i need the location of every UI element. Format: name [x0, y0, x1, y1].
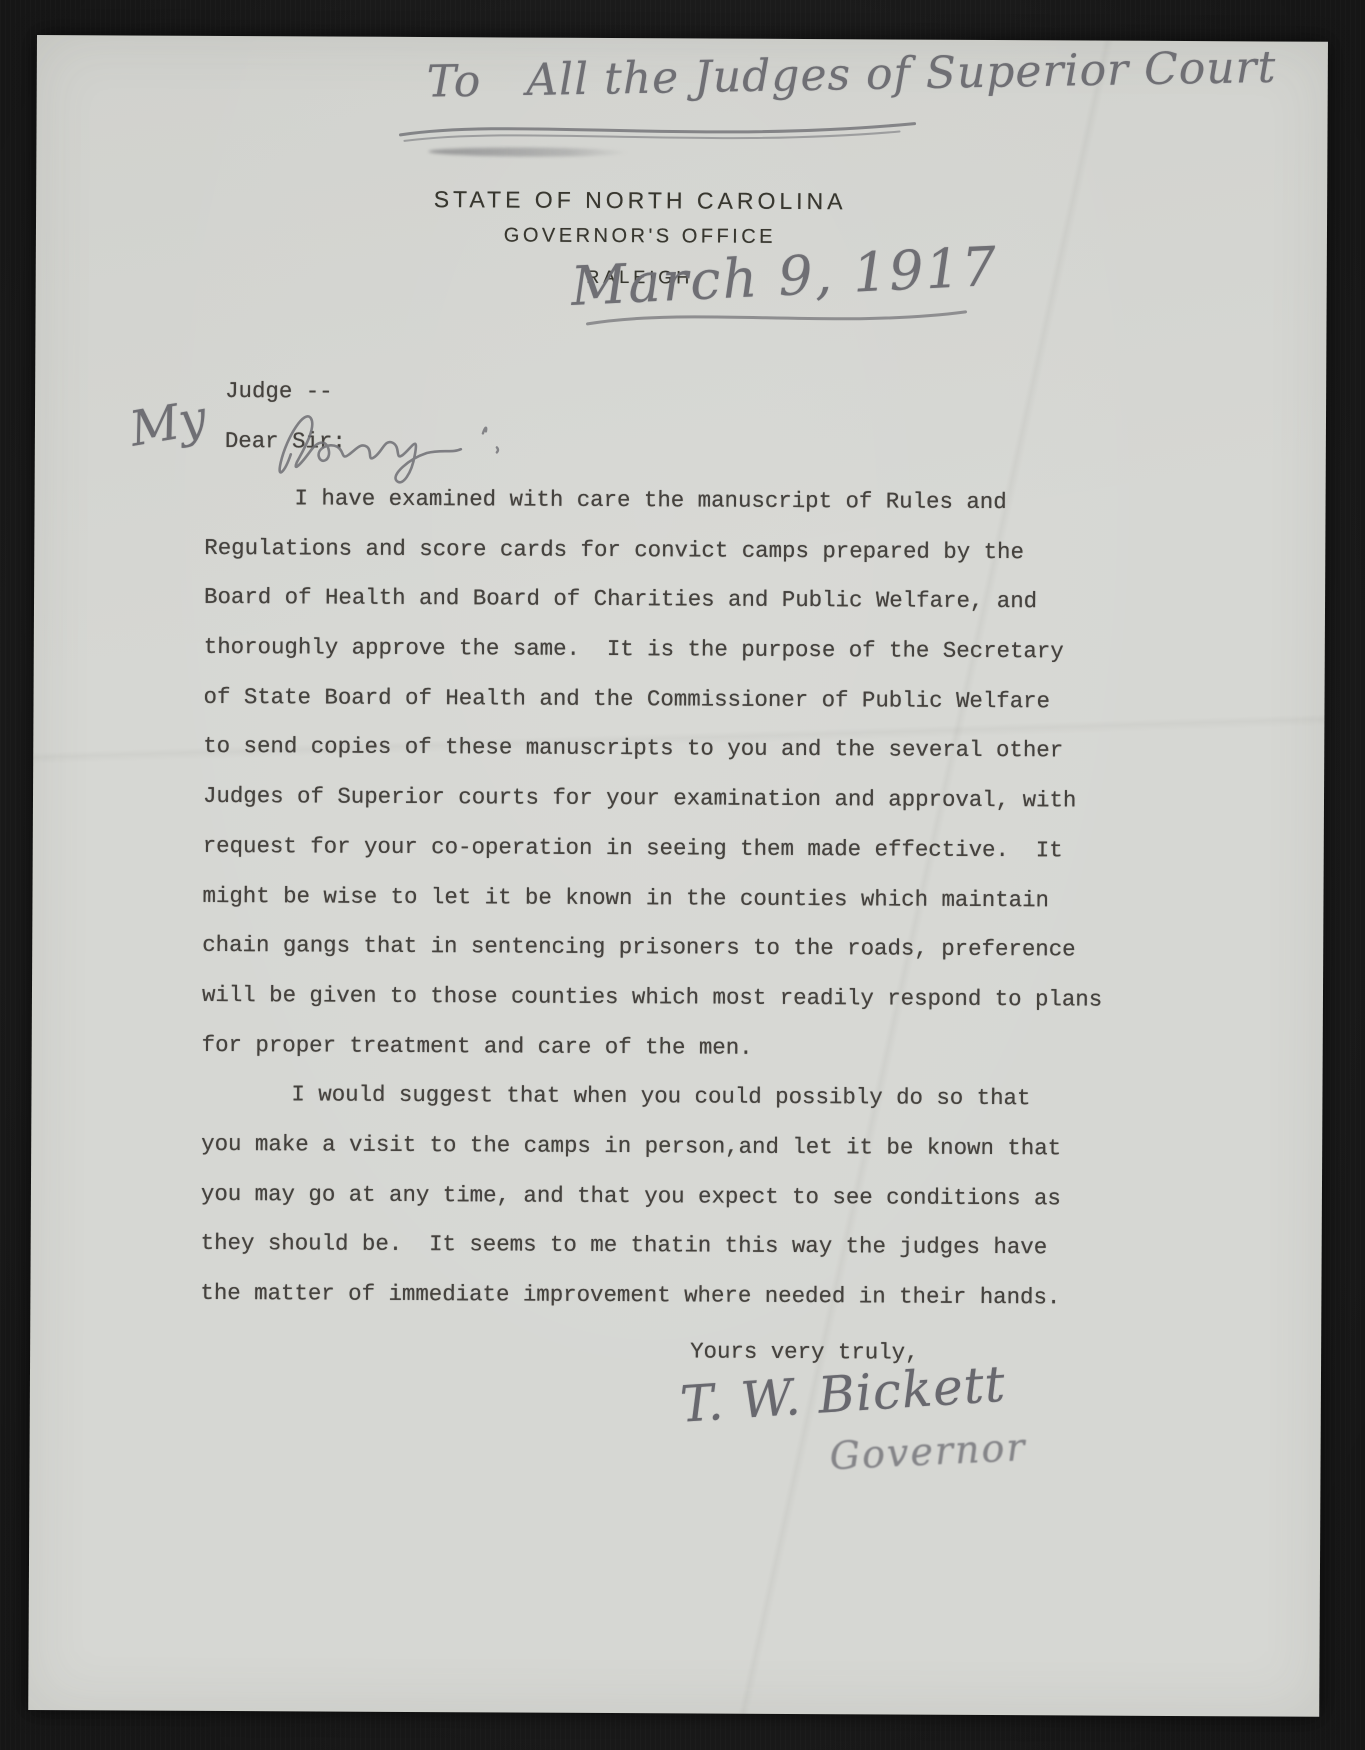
handwritten-recipient-line: To All the Judges of Superior Court [426, 42, 1276, 108]
typed-line: I have examined with care the manuscript… [204, 474, 1134, 529]
recipient-underline-flourish [394, 109, 924, 152]
typed-line: they should be. It seems to me thatin th… [201, 1219, 1131, 1274]
typed-line: the matter of immediate improvement wher… [200, 1269, 1130, 1324]
letterhead-state-line: STATE OF NORTH CAROLINA [290, 186, 990, 214]
letter-paper: To All the Judges of Superior Court STAT… [28, 35, 1328, 1717]
typed-line: Judges of Superior courts for your exami… [203, 772, 1133, 827]
letter-body: I have examined with care the manuscript… [200, 474, 1134, 1324]
typed-line: you make a visit to the camps in person,… [201, 1120, 1131, 1175]
typed-line: you may go at any time, and that you exp… [201, 1169, 1131, 1224]
typed-line: I would suggest that when you could poss… [201, 1070, 1131, 1125]
typed-line: to send copies of these manuscripts to y… [203, 722, 1133, 777]
typed-line: request for your co-operation in seeing … [203, 822, 1133, 877]
typed-line: will be given to those counties which mo… [202, 971, 1132, 1026]
salutation-judge-line: Judge -- [225, 378, 333, 405]
typed-line: for proper treatment and care of the men… [202, 1020, 1132, 1075]
typed-line: Regulations and score cards for convict … [204, 524, 1134, 579]
pencil-smudge [428, 147, 628, 157]
typed-line: chain gangs that in sentencing prisoners… [202, 921, 1132, 976]
handwritten-title-governor: Governor [829, 1425, 1028, 1478]
typed-line: Board of Health and Board of Charities a… [204, 573, 1134, 628]
typed-line: of State Board of Health and the Commiss… [203, 673, 1133, 728]
typed-line: might be wise to let it be known in the … [202, 871, 1132, 926]
typed-line: thoroughly approve the same. It is the p… [204, 623, 1134, 678]
date-underline-flourish [583, 302, 973, 334]
governor-signature: T. W. Bickett [678, 1355, 1007, 1434]
handwritten-margin-note-my: My [126, 390, 211, 458]
photo-background: To All the Judges of Superior Court STAT… [0, 0, 1365, 1750]
